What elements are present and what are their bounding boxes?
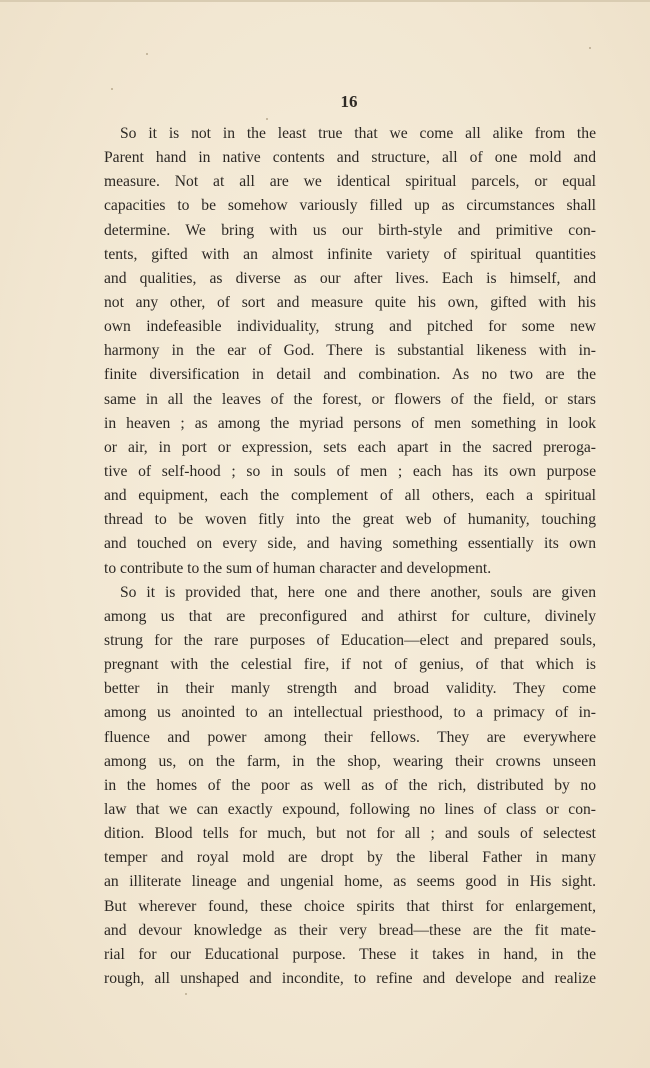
text-line: Parent hand in native contents and struc… [104,146,596,170]
text-line: same in all the leaves of the forest, or… [104,388,596,412]
text-line: rial for our Educational purpose. These … [104,943,596,967]
paper-speck [589,47,591,49]
text-line: measure. Not at all are we identical spi… [104,170,596,194]
paper-speck [146,53,148,55]
text-line: law that we can exactly expound, followi… [104,798,596,822]
text-line: and equipment, each the complement of al… [104,484,596,508]
text-line: among us anointed to an intellectual pri… [104,701,596,725]
text-line: finite diversification in detail and com… [104,363,596,387]
page-top-edge [0,0,650,2]
text-line: strung for the rare purposes of Educatio… [104,629,596,653]
text-line: to contribute to the sum of human charac… [104,557,596,581]
page-body: So it is not in the least true that we c… [104,122,596,991]
text-line: among us, on the farm, in the shop, wear… [104,750,596,774]
text-line: So it is not in the least true that we c… [104,122,596,146]
text-line: tive of self-hood ; so in souls of men ;… [104,460,596,484]
text-line: capacities to be somehow variously fille… [104,194,596,218]
text-line: thread to be woven fitly into the great … [104,508,596,532]
text-line: among us that are preconfigured and athi… [104,605,596,629]
text-line: in the homes of the poor as well as of t… [104,774,596,798]
text-line: in heaven ; as among the myriad persons … [104,412,596,436]
paper-speck [111,88,113,90]
paper-speck [266,118,268,120]
text-line: not any other, of sort and measure quite… [104,291,596,315]
text-line: and qualities, as diverse as our after l… [104,267,596,291]
text-line: an illiterate lineage and ungenial home,… [104,870,596,894]
text-line: and devour knowledge as their very bread… [104,919,596,943]
text-line: But wherever found, these choice spirits… [104,895,596,919]
text-line: determine. We bring with us our birth-st… [104,219,596,243]
page-number: 16 [0,92,650,112]
text-line: fluence and power among their fellows. T… [104,726,596,750]
text-line: So it is provided that, here one and the… [104,581,596,605]
text-line: rough, all unshaped and incondite, to re… [104,967,596,991]
text-line: or air, in port or expression, sets each… [104,436,596,460]
text-line: own indefeasible individuality, strung a… [104,315,596,339]
text-line: dition. Blood tells for much, but not fo… [104,822,596,846]
text-line: and touched on every side, and having so… [104,532,596,556]
text-line: temper and royal mold are dropt by the l… [104,846,596,870]
text-line: better in their manly strength and broad… [104,677,596,701]
text-line: tents, gifted with an almost infinite va… [104,243,596,267]
text-line: pregnant with the celestial fire, if not… [104,653,596,677]
book-page: 16 So it is not in the least true that w… [0,0,650,1068]
text-line: harmony in the ear of God. There is subs… [104,339,596,363]
paper-speck [185,993,187,995]
